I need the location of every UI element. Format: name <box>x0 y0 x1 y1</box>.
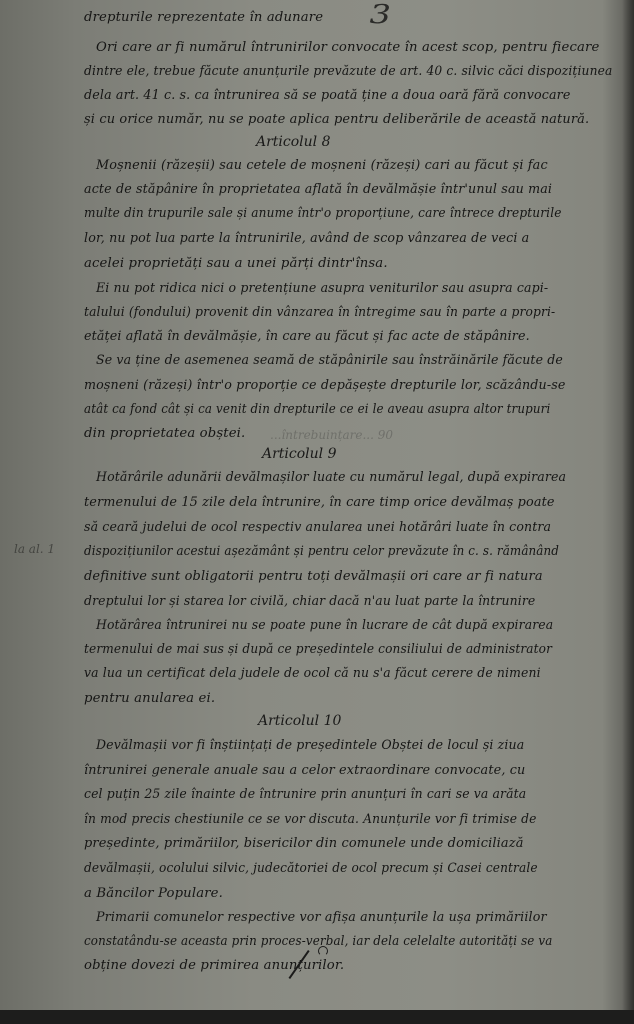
text-line: etăței aflată în devălmășie, în care au … <box>84 329 530 344</box>
text-line: definitive sunt obligatorii pentru toți … <box>84 569 543 584</box>
text-line: talului (fondului) provenit din vânzarea… <box>84 305 555 320</box>
text-line: și cu orice număr, nu se poate aplica pe… <box>84 112 589 127</box>
text-line: Hotărârile adunării devălmașilor luate c… <box>96 470 566 485</box>
article-heading: Articolul 10 <box>258 713 341 729</box>
text-line: dintre ele, trebue făcute anunțurile pre… <box>84 64 612 79</box>
text-line: a Băncilor Populare. <box>84 886 223 901</box>
text-line: Hotărârea întrunirei nu se poate pune în… <box>96 618 553 633</box>
text-line: devălmașii, ocolului silvic, judecătorie… <box>84 861 538 876</box>
text-line: președinte, primăriilor, bisericilor din… <box>84 836 524 851</box>
text-line: va lua un certificat dela judele de ocol… <box>84 666 541 681</box>
text-line: întrunirei generale anuale sau a celor e… <box>84 763 525 778</box>
page-number: 3 <box>370 0 392 30</box>
text-line: Se va ține de asemenea seamă de stăpânir… <box>96 353 563 368</box>
text-line: dela art. 41 c. s. ca întrunirea să se p… <box>84 88 571 103</box>
text-line: obține dovezi de primirea anunțurilor. <box>84 958 344 973</box>
text-line: în mod precis chestiunile ce se vor disc… <box>84 812 537 827</box>
text-line: cel puțin 25 zile înainte de întrunire p… <box>84 787 526 802</box>
text-line: atât ca fond cât și ca venit din dreptur… <box>84 402 550 417</box>
article-heading: Articolul 9 <box>262 446 337 462</box>
margin-note: la al. 1 <box>14 542 55 556</box>
page-bottom-edge <box>0 1010 634 1024</box>
article-heading: Articolul 8 <box>256 134 331 150</box>
text-line: Moșnenii (răzeșii) sau cetele de moșneni… <box>96 158 548 173</box>
text-line: Ei nu pot ridica nici o pretențiune asup… <box>96 281 548 296</box>
document-page: 3 drepturile reprezentate în adunare Ori… <box>0 0 634 1014</box>
end-flourish-icon <box>318 946 328 956</box>
text-line: moșneni (răzeși) într'o proporție ce dep… <box>84 378 566 393</box>
text-line: acelei proprietăți sau a unei părți dint… <box>84 256 388 271</box>
text-line: din proprietatea obștei. <box>84 426 245 441</box>
text-line: lor, nu pot lua parte la întrunirile, av… <box>84 231 529 246</box>
text-line: dispozițiunilor acestui așezământ și pen… <box>84 544 559 559</box>
text-line: multe din trupurile sale și anume într'o… <box>84 206 562 221</box>
text-line: pentru anularea ei. <box>84 691 215 706</box>
text-line: Ori care ar fi numărul întrunirilor conv… <box>96 40 599 55</box>
text-line: acte de stăpânire în proprietatea aflată… <box>84 182 552 197</box>
text-line: să ceară judelui de ocol respectiv anula… <box>84 520 551 535</box>
text-line: dreptului lor și starea lor civilă, chia… <box>84 594 535 609</box>
text-line: drepturile reprezentate în adunare <box>84 10 323 25</box>
bleed-through-text: ...întrebuințare... 90 <box>270 428 393 442</box>
text-line: termenului de 15 zile dela întrunire, în… <box>84 495 555 510</box>
text-line: Primarii comunelor respective vor afișa … <box>96 910 547 925</box>
text-line: termenului de mai sus și după ce președi… <box>84 642 552 657</box>
text-line: Devălmașii vor fi înștiințați de președi… <box>96 738 524 753</box>
